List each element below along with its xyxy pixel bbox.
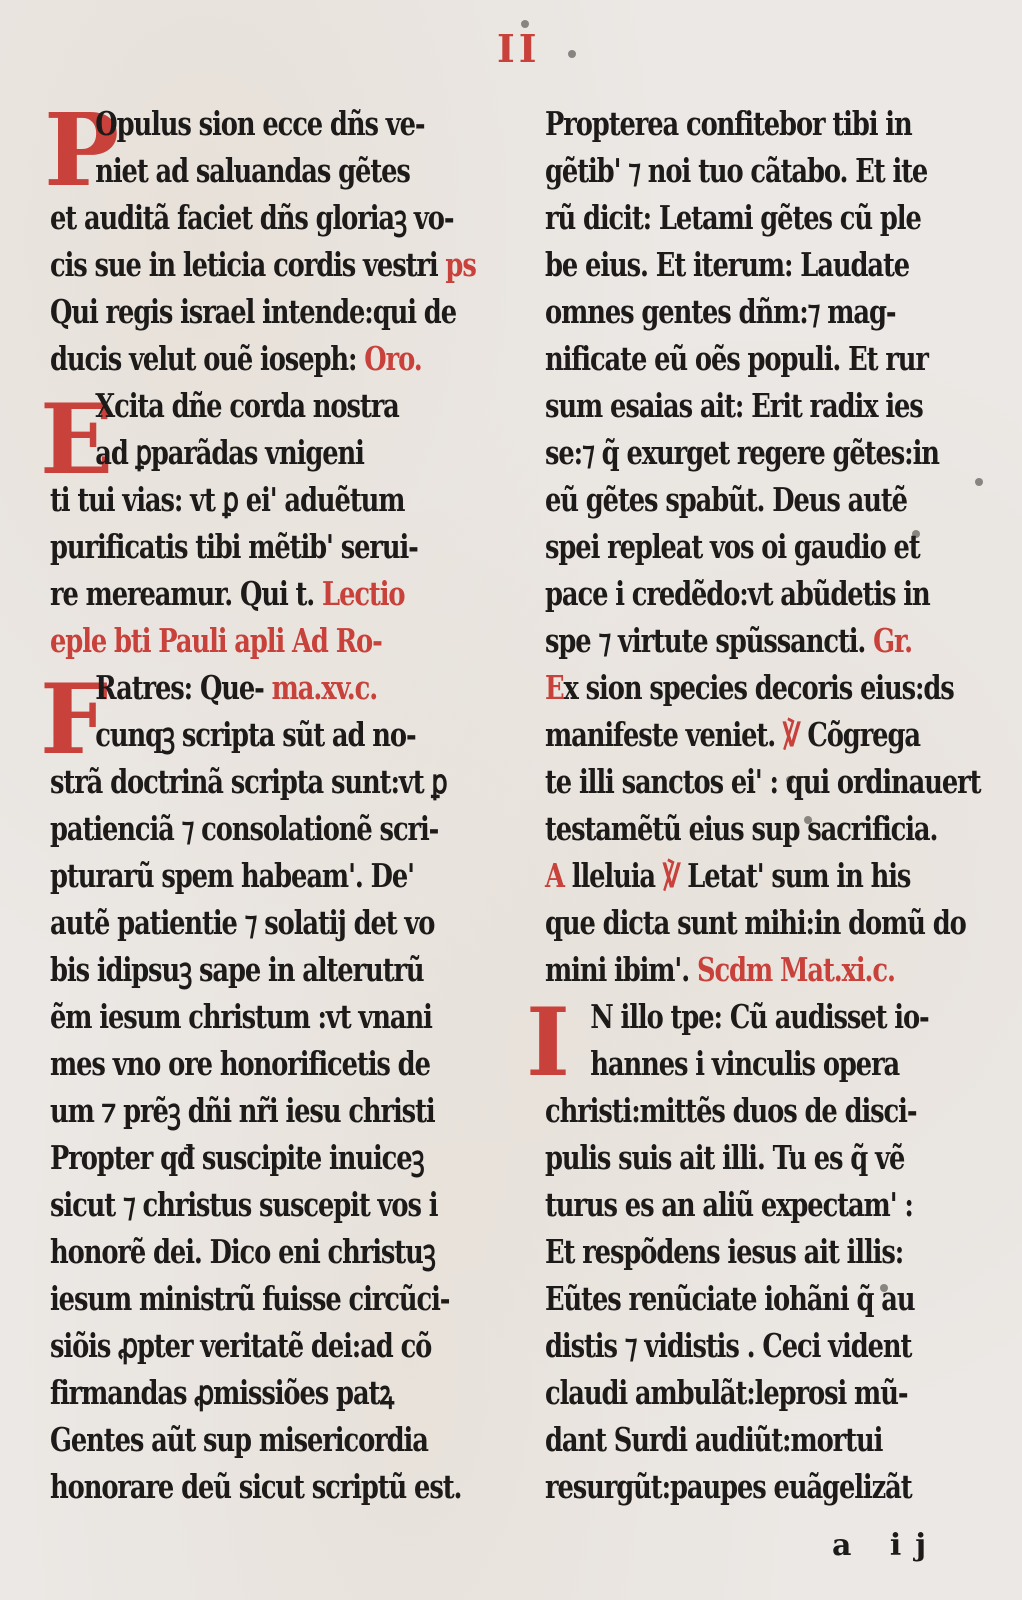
text-line: ad ꝑparãdas vnigeni <box>50 429 393 476</box>
text-line: Opulus sion ecce dñs ve- <box>50 100 393 147</box>
text-line: rũ dicit: Letami gẽtes cũ ple <box>545 194 888 241</box>
text-line: autẽ patientie ⁊ solatij det vo <box>50 899 393 946</box>
text-line: bis idipsuꝫ sape in alterutrũ <box>50 946 393 993</box>
rubric-versicle-mark: ℣ <box>775 715 807 754</box>
text-line: te illi sanctos ei' : qui ordinauert <box>545 758 888 805</box>
text-line: eũ gẽtes spabũt. Deus autẽ <box>545 476 888 523</box>
text-line: spei repleat vos oi gaudio et <box>545 523 888 570</box>
text-line: eple bti Pauli apli Ad Ro- <box>50 617 393 664</box>
text-line: nificate eũ oẽs populi. Et rur <box>545 335 888 382</box>
text-line: iesum ministrũ fuisse circũci- <box>50 1275 393 1322</box>
folio-number: II <box>497 30 541 68</box>
foxing-spot <box>568 50 576 58</box>
text-line: Eũtes renũciate iohãni q̃ au <box>545 1275 888 1322</box>
text-line: strã doctrinã scripta sunt:vt ꝑ <box>50 758 393 805</box>
text-line: dant Surdi audiũt:mortui <box>545 1416 888 1463</box>
text-line: Ex sion species decoris eius:ds <box>545 664 888 711</box>
text-line: et auditã faciet dñs gloriaꝫ vo- <box>50 194 393 241</box>
text-line: patienciã ⁊ consolationẽ scri- <box>50 805 393 852</box>
text-line: re mereamur. Qui t. Lectio <box>50 570 393 617</box>
text-line: um ⁊ prẽꝫ dñi nr̃i iesu christi <box>50 1087 393 1134</box>
text-line: be eius. Et iterum: Laudate <box>545 241 888 288</box>
text-line: se:⁊ q̃ exurget regere gẽtes:in <box>545 429 888 476</box>
text-line: pulis suis ait illi. Tu es q̃ vẽ <box>545 1134 888 1181</box>
text-line: A lleluia ℣ Letat' sum in his <box>545 852 888 899</box>
left-text-column: Opulus sion ecce dñs ve- niet ad saluand… <box>50 100 490 1510</box>
signature-mark: a ij <box>832 1528 940 1563</box>
text-line: manifeste veniet. ℣ Cõgrega <box>545 711 888 758</box>
text-line: pace i credẽdo:vt abũdetis in <box>545 570 888 617</box>
text-line: Et respõdens iesus ait illis: <box>545 1228 888 1275</box>
text-line: christi:mittẽs duos de disci- <box>545 1087 888 1134</box>
rubric-oratio: Oro. <box>356 339 421 378</box>
rubric-gospel-heading: Scdm Mat.xi.c. <box>689 950 895 989</box>
text-line: Xcita dñe corda nostra <box>50 382 393 429</box>
rubric-versicle-mark: ℣ <box>655 856 687 895</box>
text-line: Propter qđ suscipite inuiceꝫ <box>50 1134 393 1181</box>
text-line: niet ad saluandas gẽtes <box>50 147 393 194</box>
text-line: purificatis tibi mẽtib' serui- <box>50 523 393 570</box>
text-line: spe ⁊ virtute spũssancti. Gr. <box>545 617 888 664</box>
text-line: pturarũ spem habeam'. De' <box>50 852 393 899</box>
rubric-psalm-mark: ps <box>438 245 476 284</box>
text-line: ti tui vias: vt ꝑ ei' aduẽtum <box>50 476 393 523</box>
foxing-spot <box>521 20 529 28</box>
rubric-epistle-heading: eple bti Pauli apli Ad Ro- <box>50 621 382 660</box>
rubric-graduale: Gr. <box>865 621 912 660</box>
text-line: Ratres: Que- ma.xv.c. <box>50 664 393 711</box>
text-line: sicut ⁊ christus suscepit vos i <box>50 1181 393 1228</box>
text-line: omnes gentes dñm:⁊ mag- <box>545 288 888 335</box>
rubric-lectio: Lectio <box>314 574 404 613</box>
text-line: cis sue in leticia cordis vestri ps <box>50 241 393 288</box>
right-text-column: Propterea confitebor tibi in gẽtib' ⁊ no… <box>545 100 985 1510</box>
text-line: ẽm iesum christum :vt vnani <box>50 993 393 1040</box>
text-line: Qui regis israel intende:qui de <box>50 288 393 335</box>
text-line: honorẽ dei. Dico eni christuꝫ <box>50 1228 393 1275</box>
text-line: claudi ambulãt:leprosi mũ- <box>545 1369 888 1416</box>
text-line: turus es an aliũ expectam' : <box>545 1181 888 1228</box>
text-line: mini ibim'. Scdm Mat.xi.c. <box>545 946 888 993</box>
text-line: siõis ꝓpter veritatẽ dei:ad cõ <box>50 1322 393 1369</box>
text-line: distis ⁊ vidistis . Ceci vident <box>545 1322 888 1369</box>
text-line: Gentes aũt sup misericordia <box>50 1416 393 1463</box>
text-line: cunqꝫ scripta sũt ad no- <box>50 711 393 758</box>
text-line: mes vno ore honorificetis de <box>50 1040 393 1087</box>
text-line: que dicta sunt mihi:in domũ do <box>545 899 888 946</box>
text-line: sum esaias ait: Erit radix ies <box>545 382 888 429</box>
rubric-chapter-ref: ma.xv.c. <box>264 668 377 707</box>
text-line: gẽtib' ⁊ noi tuo cãtabo. Et ite <box>545 147 888 194</box>
text-line: honorare deũ sicut scriptũ est. <box>50 1463 393 1510</box>
text-line: ducis velut ouẽ ioseph: Oro. <box>50 335 393 382</box>
text-line: firmandas ꝓmissiões patꝝ <box>50 1369 393 1416</box>
manuscript-page: II P E F I Opulus sion ecce dñs ve- niet… <box>0 0 1022 1600</box>
text-line: hannes i vinculis opera <box>545 1040 888 1087</box>
text-line: Propterea confitebor tibi in <box>545 100 888 147</box>
text-line: resurgũt:paupes euãgelizãt <box>545 1463 888 1510</box>
text-line: testamẽtũ eius sup sacrificia. <box>545 805 888 852</box>
text-line: N illo tpe: Cũ audisset io- <box>545 993 888 1040</box>
